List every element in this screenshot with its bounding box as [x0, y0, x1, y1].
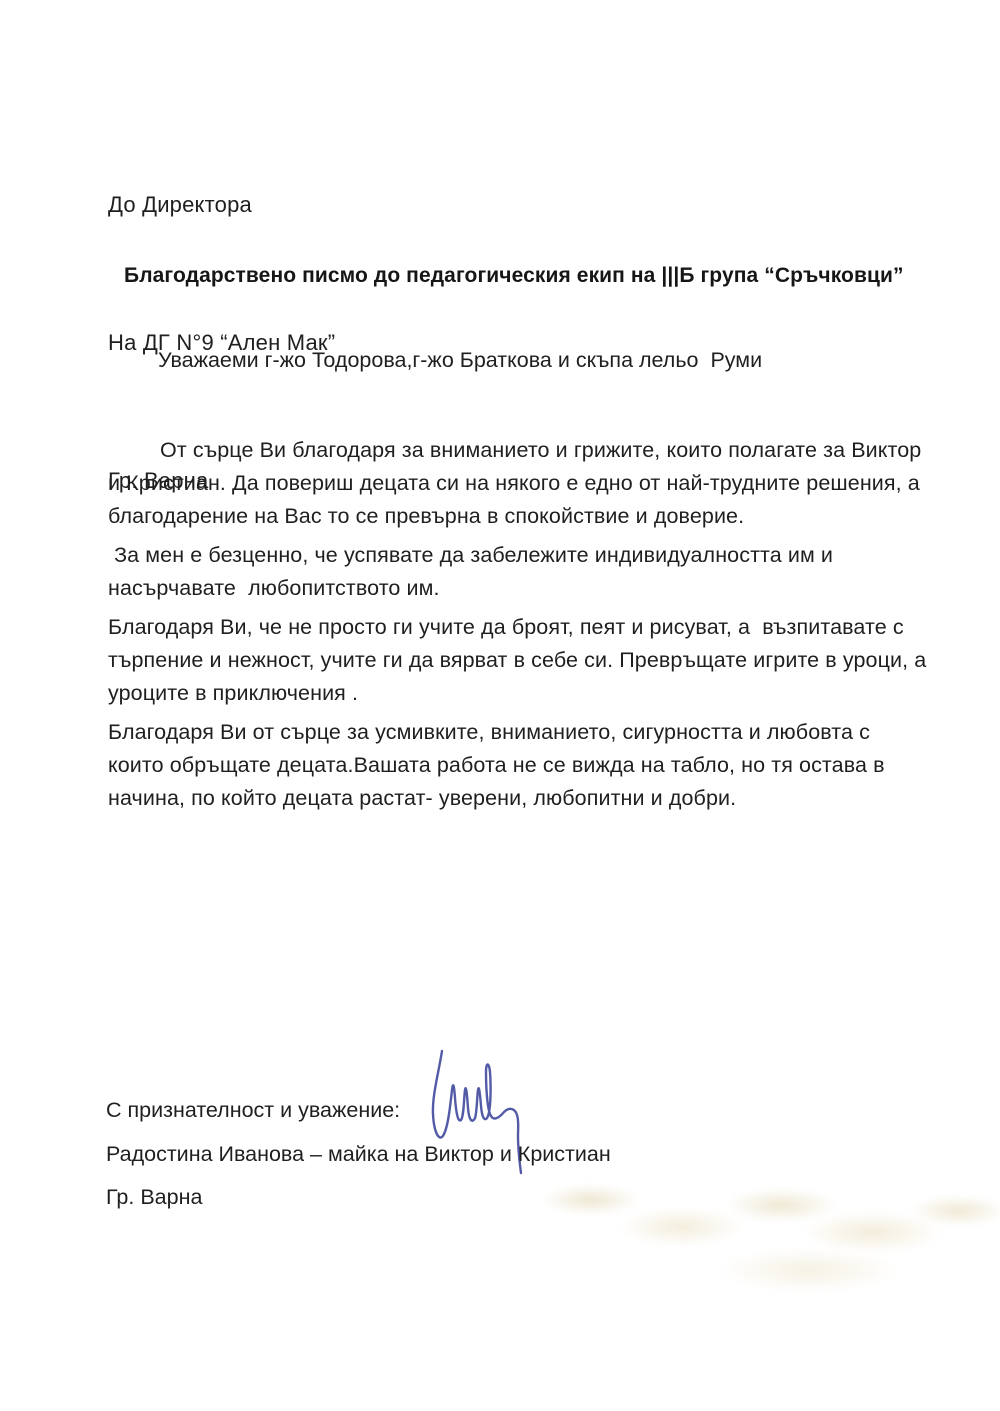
paragraph-2: За мен е безценно, че успявате да забеле…	[108, 539, 938, 605]
signature-name-line: Радостина Иванова – майка на Виктор и Кр…	[106, 1142, 611, 1167]
salutation-line: Уважаеми г-жо Тодорова,г-жо Браткова и с…	[158, 348, 762, 373]
paragraph-3: Благодаря Ви, че не просто ги учите да б…	[108, 611, 938, 710]
signature-city-line: Гр. Варна	[106, 1185, 202, 1210]
letter-page: До Директора На ДГ N°9 “Ален Мак” Гр. Ва…	[0, 0, 1000, 1411]
paragraph-4: Благодаря Ви от сърце за усмивките, вним…	[108, 716, 938, 815]
recipient-line-to: До Директора	[108, 182, 335, 228]
closing-line: С признателност и уважение:	[106, 1098, 400, 1123]
letter-title: Благодарствено писмо до педагогическия е…	[124, 262, 924, 290]
ink-bleedthrough-artifact	[545, 1162, 1000, 1297]
paragraph-1: От сърце Ви благодаря за вниманието и гр…	[108, 434, 938, 533]
letter-body: От сърце Ви благодаря за вниманието и гр…	[108, 434, 938, 821]
